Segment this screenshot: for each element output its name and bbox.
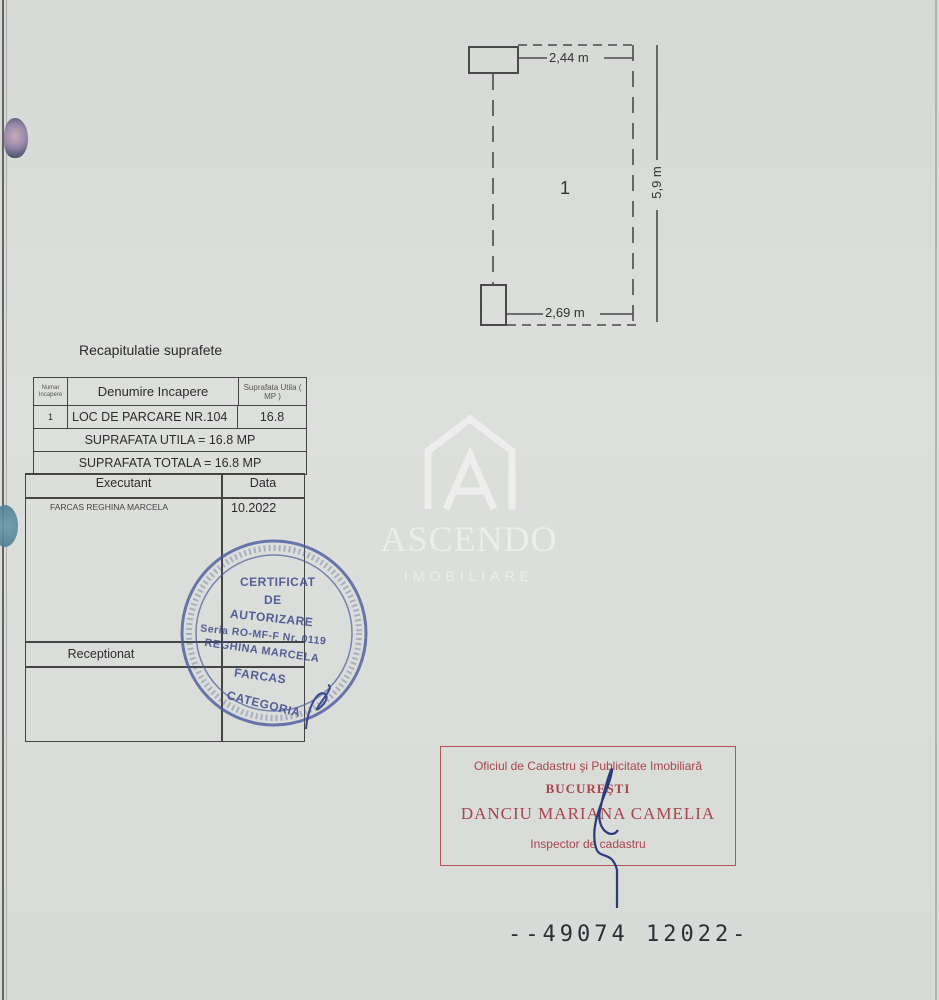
header-number: Numar Incapere — [34, 378, 68, 405]
ascendo-logo-icon — [424, 415, 516, 511]
stamp-inspector-name: DANCIU MARIANA CAMELIA — [441, 804, 735, 824]
watermark-subtitle: IMOBILIARE — [364, 568, 574, 584]
executant-label: Executant — [26, 476, 221, 490]
stamp-office: Oficiul de Cadastru şi Publicitate Imobi… — [441, 759, 735, 773]
total-row: SUPRAFATA TOTALA = 16.8 MP — [34, 452, 306, 474]
date-value: 10.2022 — [231, 501, 276, 515]
ocpi-stamp: Oficiul de Cadastru şi Publicitate Imobi… — [440, 746, 736, 866]
seal-line: CERTIFICAT — [240, 575, 315, 589]
receptionat-label: Receptionat — [26, 647, 176, 661]
row-number: 1 — [34, 406, 68, 428]
surface-table: Numar Incapere Denumire Incapere Suprafa… — [33, 377, 307, 475]
header-surface: Suprafata Utila ( MP ) — [239, 378, 306, 405]
room-number: 1 — [560, 178, 570, 199]
divider — [26, 473, 304, 475]
ink-blot — [0, 505, 18, 547]
row-name: LOC DE PARCARE NR.104 — [68, 406, 238, 428]
dimension-bottom: 2,69 m — [545, 305, 585, 320]
total-surface: SUPRAFATA TOTALA = 16.8 MP — [34, 452, 306, 474]
stamp-city: BUCUREŞTI — [441, 781, 735, 797]
useful-total-row: SUPRAFATA UTILA = 16.8 MP — [34, 429, 306, 452]
authorization-seal: CERTIFICAT DE AUTORIZARE Seria RO-MF-F N… — [178, 537, 370, 729]
dimension-side: 5,9 m — [649, 166, 664, 199]
table-row: 1 LOC DE PARCARE NR.104 16.8 — [34, 406, 306, 429]
stamp-role: Inspector de cadastru — [441, 837, 735, 851]
seal-line: DE — [264, 593, 282, 607]
registration-number: --49074 12022- — [508, 922, 749, 947]
date-label: Data — [223, 476, 303, 490]
parking-space-plan: 2,44 m 2,69 m 5,9 m 1 — [0, 0, 939, 340]
row-surface: 16.8 — [238, 406, 306, 428]
useful-total: SUPRAFATA UTILA = 16.8 MP — [34, 429, 306, 451]
recap-title: Recapitulatie suprafete — [79, 342, 222, 358]
executant-value: FARCAS REGHINA MARCELA — [50, 502, 168, 512]
divider — [26, 497, 304, 499]
header-name: Denumire Incapere — [68, 378, 239, 405]
watermark-brand: ASCENDO — [364, 518, 574, 560]
plan-drawing — [0, 0, 939, 340]
table-header-row: Numar Incapere Denumire Incapere Suprafa… — [34, 378, 306, 406]
dimension-top: 2,44 m — [549, 50, 589, 65]
